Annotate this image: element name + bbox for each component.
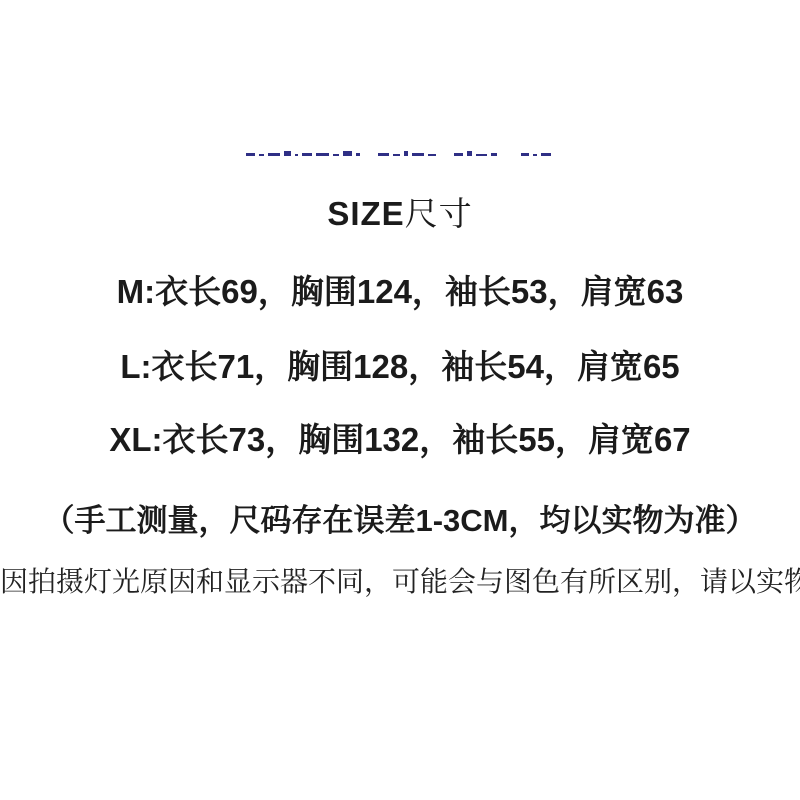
heading-latin-text: SIZE — [327, 195, 404, 232]
text-fragment-dash — [302, 153, 312, 156]
size-chart-heading: SIZE尺寸 — [0, 196, 800, 232]
measurement-tolerance-note: （手工测量，尺码存在误差1-3CM，均以实物为准） — [0, 502, 800, 540]
color-difference-note: 因拍摄灯光原因和显示器不同，可能会与图色有所区别，请以实物为准！ — [0, 565, 800, 599]
text-fragment-dash — [356, 153, 360, 156]
text-fragment-dash — [491, 153, 497, 156]
text-fragment-dash — [404, 151, 408, 156]
text-fragment-dash — [333, 154, 339, 156]
heading-cjk-text: 尺寸 — [405, 195, 473, 232]
text-fragment-dash — [521, 153, 529, 156]
text-fragment-dash — [259, 154, 264, 156]
text-fragment-dash — [393, 154, 400, 156]
size-row-l: L:衣长71，胸围128，袖长54，肩宽65 — [0, 349, 800, 385]
text-fragment-dash — [284, 151, 291, 156]
text-fragment-dash — [295, 154, 298, 156]
clipped-blue-text-fragment — [0, 141, 800, 156]
text-fragment-dash — [454, 153, 463, 156]
size-row-m: M:衣长69，胸围124，袖长53，肩宽63 — [0, 274, 800, 310]
text-fragment-dash — [428, 154, 436, 156]
text-fragment-dash — [533, 154, 537, 156]
text-fragment-dash — [268, 153, 280, 156]
size-chart-panel: SIZE尺寸 M:衣长69，胸围124，袖长53，肩宽63 L:衣长71，胸围1… — [0, 0, 800, 800]
text-fragment-dash — [412, 153, 424, 156]
text-fragment-dash — [246, 153, 255, 156]
text-fragment-dash — [343, 151, 352, 156]
text-fragment-dash — [467, 151, 472, 156]
text-fragment-dash — [476, 154, 487, 156]
text-fragment-dash — [378, 153, 389, 156]
size-row-xl: XL:衣长73，胸围132，袖长55，肩宽67 — [0, 422, 800, 458]
text-fragment-dash — [541, 153, 551, 156]
text-fragment-dash — [316, 153, 329, 156]
